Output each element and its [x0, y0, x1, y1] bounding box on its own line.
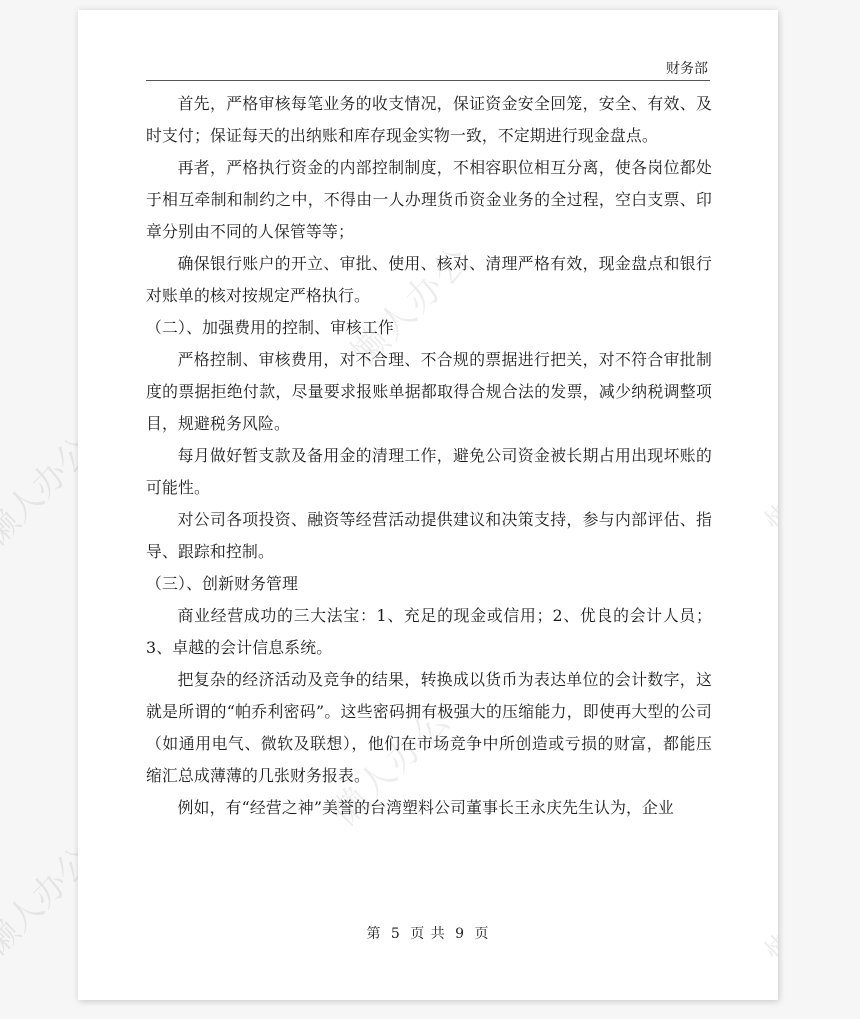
page-body: 首先，严格审核每笔业务的收支情况，保证资金安全回笼，安全、有效、及时支付；保证每…	[146, 88, 712, 824]
paragraph: 对公司各项投资、融资等经营活动提供建议和决策支持，参与内部评估、指导、跟踪和控制…	[146, 504, 712, 568]
current-page-number: 5	[391, 926, 401, 942]
watermark-4: 懒人办公	[753, 833, 778, 977]
paragraph: 例如，有“经营之神”美誉的台湾塑料公司董事长王永庆先生认为，企业	[146, 792, 712, 824]
section-heading: （三）、创新财务管理	[146, 568, 712, 600]
header-department: 财务部	[666, 60, 708, 78]
paragraph: 确保银行账户的开立、审批、使用、核对、清理严格有效，现金盘点和银行对账单的核对按…	[146, 248, 712, 312]
paragraph: 商业经营成功的三大法宝：1、充足的现金或信用；2、优良的会计人员；3、卓越的会计…	[146, 600, 712, 664]
paragraph: 首先，严格审核每笔业务的收支情况，保证资金安全回笼，安全、有效、及时支付；保证每…	[146, 88, 712, 152]
footer-middle: 页 共	[410, 926, 445, 942]
document-viewer[interactable]: 懒人办公 懒人办公 懒人办公 懒人办公 懒人办公 懒人办公 财务部 首先，严格审…	[0, 0, 860, 1019]
page-footer: 第 5 页 共 9 页	[78, 923, 778, 943]
page-header: 财务部	[146, 60, 710, 81]
paragraph: 严格控制、审核费用，对不合理、不合规的票据进行把关，对不符合审批制度的票据拒绝付…	[146, 344, 712, 440]
total-pages-number: 9	[455, 926, 465, 942]
document-page: 懒人办公 懒人办公 懒人办公 懒人办公 财务部 首先，严格审核每笔业务的收支情况…	[78, 10, 778, 1000]
paragraph: 把复杂的经济活动及竞争的结果，转换成以货币为表达单位的会计数字，这就是所谓的“帕…	[146, 664, 712, 792]
watermark-3: 懒人办公	[753, 403, 778, 547]
footer-suffix: 页	[475, 926, 490, 942]
footer-prefix: 第	[366, 926, 381, 942]
paragraph: 每月做好暂支款及备用金的清理工作，避免公司资金被长期占用出现坏账的可能性。	[146, 440, 712, 504]
paragraph: 再者，严格执行资金的内部控制制度，不相容职位相互分离，使各岗位都处于相互牵制和制…	[146, 152, 712, 248]
section-heading: （二）、加强费用的控制、审核工作	[146, 312, 712, 344]
